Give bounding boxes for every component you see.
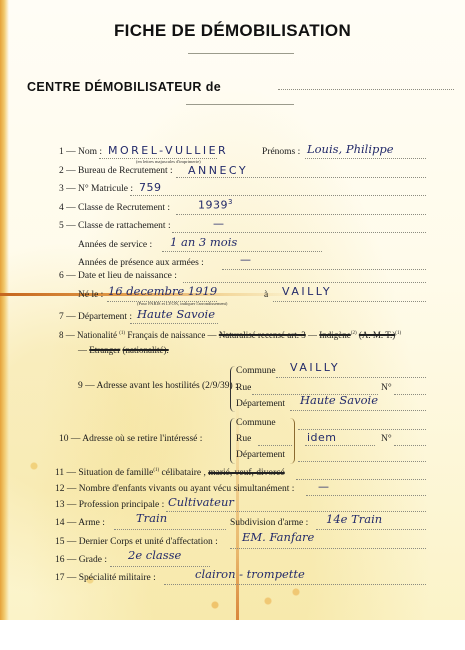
situation-famille-line-fill (296, 479, 426, 480)
idem-line (305, 445, 375, 446)
opt-etranger-nationalite: (nationalité). (122, 345, 168, 355)
separator: — (308, 330, 317, 340)
a-line (273, 301, 426, 302)
classe-recrutement-line (176, 214, 426, 215)
footnote-ref: (1) (153, 468, 159, 473)
bureau-line (176, 177, 426, 178)
opt-celibataire: célibataire , (162, 468, 206, 478)
annees-service-value[interactable]: 1 an 3 mois (170, 235, 237, 249)
subdivision-value[interactable]: 14e Train (326, 512, 382, 526)
brace-right (290, 418, 295, 464)
nationalite-line: 8 — Nationalité (1) Français de naissanc… (59, 330, 401, 340)
rue-label: Rue (236, 434, 251, 444)
a-value[interactable]: VAILLY (282, 285, 332, 298)
opt-marie-veuf-divorce: marié, veuf, divorcé (208, 468, 285, 478)
naissance-line (183, 282, 426, 283)
etranger-line: — Etranger (nationalité). (78, 345, 169, 355)
nom-value[interactable]: MOREL-VULLIER (108, 144, 228, 157)
profession-line (166, 511, 426, 512)
nationalite-label: 8 — Nationalité (59, 330, 117, 340)
arme-value[interactable]: Train (136, 511, 167, 525)
annees-service-line (162, 251, 322, 252)
opt-amt: (A. M. T.) (359, 330, 395, 340)
no-line[interactable] (394, 394, 426, 395)
departement-value[interactable]: Haute Savoie (137, 307, 215, 321)
dernier-corps-line (230, 548, 426, 549)
grade-label: 16 — Grade : (55, 555, 107, 565)
commune-label: Commune (236, 418, 276, 428)
footnote-ref: (1) (395, 331, 401, 336)
classe-recrutement-sup: 3 (228, 198, 233, 206)
no-label: N° (381, 434, 392, 444)
naissance-note: (Pour PARIS et LYON, indiquer l'arrondis… (137, 301, 227, 306)
arme-line (114, 529, 226, 530)
ne-le-value[interactable]: 16 decembre 1919 (108, 284, 217, 298)
adresse-avant-label: 9 — Adresse avant les hostilités (2/9/39… (78, 381, 238, 391)
dernier-corps-label: 15 — Dernier Corps et unité d'affectatio… (55, 537, 218, 547)
departement-line (290, 410, 426, 411)
matricule-value[interactable]: 759 (139, 181, 162, 194)
centre-label: CENTRE DÉMOBILISATEUR de (27, 80, 221, 94)
vertical-fold-stain (236, 400, 239, 620)
prenoms-value[interactable]: Louis, Philippe (307, 142, 394, 156)
matricule-line (130, 195, 426, 196)
departement-line (130, 323, 218, 324)
brace (230, 366, 235, 412)
specialite-line (164, 584, 426, 585)
profession-value[interactable]: Cultivateur (168, 495, 234, 509)
classe-rattachement-value[interactable]: — (213, 217, 225, 230)
nom-label: 1 — Nom : (59, 147, 102, 157)
a-label: à (264, 290, 268, 300)
footnote-ref: (2) (351, 331, 357, 336)
subdivision-line (316, 529, 426, 530)
no-line[interactable] (394, 445, 426, 446)
enfants-value[interactable]: — (318, 480, 330, 493)
rue-line[interactable] (258, 445, 292, 446)
situation-famille-line: 11 — Situation de famille(1) célibataire… (55, 468, 285, 478)
paper-edge-stain (0, 0, 9, 620)
brace (230, 418, 235, 464)
enfants-line (306, 495, 426, 496)
dernier-corps-value[interactable]: EM. Fanfare (242, 530, 314, 544)
profession-label: 13 — Profession principale : (55, 500, 164, 510)
prenoms-label: Prénoms : (262, 147, 300, 157)
adresse-retire-value[interactable]: idem (307, 431, 337, 444)
title-rule (188, 53, 294, 54)
specialite-label: 17 — Spécialité militaire : (55, 573, 156, 583)
no-label: N° (381, 383, 392, 393)
centre-rule (186, 104, 294, 105)
departement-label: Département (236, 450, 285, 460)
footnote-ref: (1) (119, 331, 125, 336)
ne-le-label: Né le : (78, 290, 103, 300)
bureau-label: 2 — Bureau de Recrutement : (59, 166, 173, 176)
rue-label: Rue (236, 383, 251, 393)
classe-recrutement-label: 4 — Classe de Recrutement : (59, 203, 170, 213)
classe-rattachement-line (172, 232, 426, 233)
commune-value[interactable]: VAILLY (290, 361, 340, 374)
separator: — (78, 345, 87, 355)
specialite-value[interactable]: clairon - trompette (195, 567, 305, 581)
annees-presence-value[interactable]: — (240, 253, 252, 266)
enfants-label: 12 — Nombre d'enfants vivants ou ayant v… (55, 484, 294, 494)
naissance-label: 6 — Date et lieu de naissance : (59, 271, 177, 281)
document-title: FICHE DE DÉMOBILISATION (0, 21, 465, 41)
annees-presence-line (222, 269, 426, 270)
centre-value-line[interactable] (278, 89, 454, 90)
adresse-retire-label: 10 — Adresse où se retire l'intéressé : (59, 434, 202, 444)
annees-service-label: Années de service : (78, 240, 152, 250)
opt-etranger: Etranger (89, 345, 120, 355)
departement-value[interactable]: Haute Savoie (300, 393, 378, 407)
commune-line[interactable] (298, 429, 426, 430)
situation-famille-label: 11 — Situation de famille (55, 468, 153, 478)
matricule-label: 3 — N° Matricule : (59, 184, 133, 194)
opt-naturalise: Naturalisé recensé art. 3 (219, 330, 306, 340)
classe-rattachement-label: 5 — Classe de rattachement : (59, 221, 171, 231)
grade-value[interactable]: 2e classe (128, 548, 181, 562)
subdivision-label: Subdivision d'arme : (230, 518, 308, 528)
arme-label: 14 — Arme : (55, 518, 105, 528)
opt-francais: Français de naissance — (127, 330, 216, 340)
commune-label: Commune (236, 366, 276, 376)
opt-indigene: Indigène (319, 330, 351, 340)
departement-label: Département (236, 399, 285, 409)
bureau-value[interactable]: ANNECY (188, 164, 248, 177)
departement-line[interactable] (298, 461, 426, 462)
commune-line (276, 377, 426, 378)
prenoms-line (305, 158, 426, 159)
classe-recrutement-value[interactable]: 19393 (198, 198, 233, 212)
departement-label: 7 — Département : (59, 312, 132, 322)
annees-presence-label: Années de présence aux armées : (78, 258, 204, 268)
